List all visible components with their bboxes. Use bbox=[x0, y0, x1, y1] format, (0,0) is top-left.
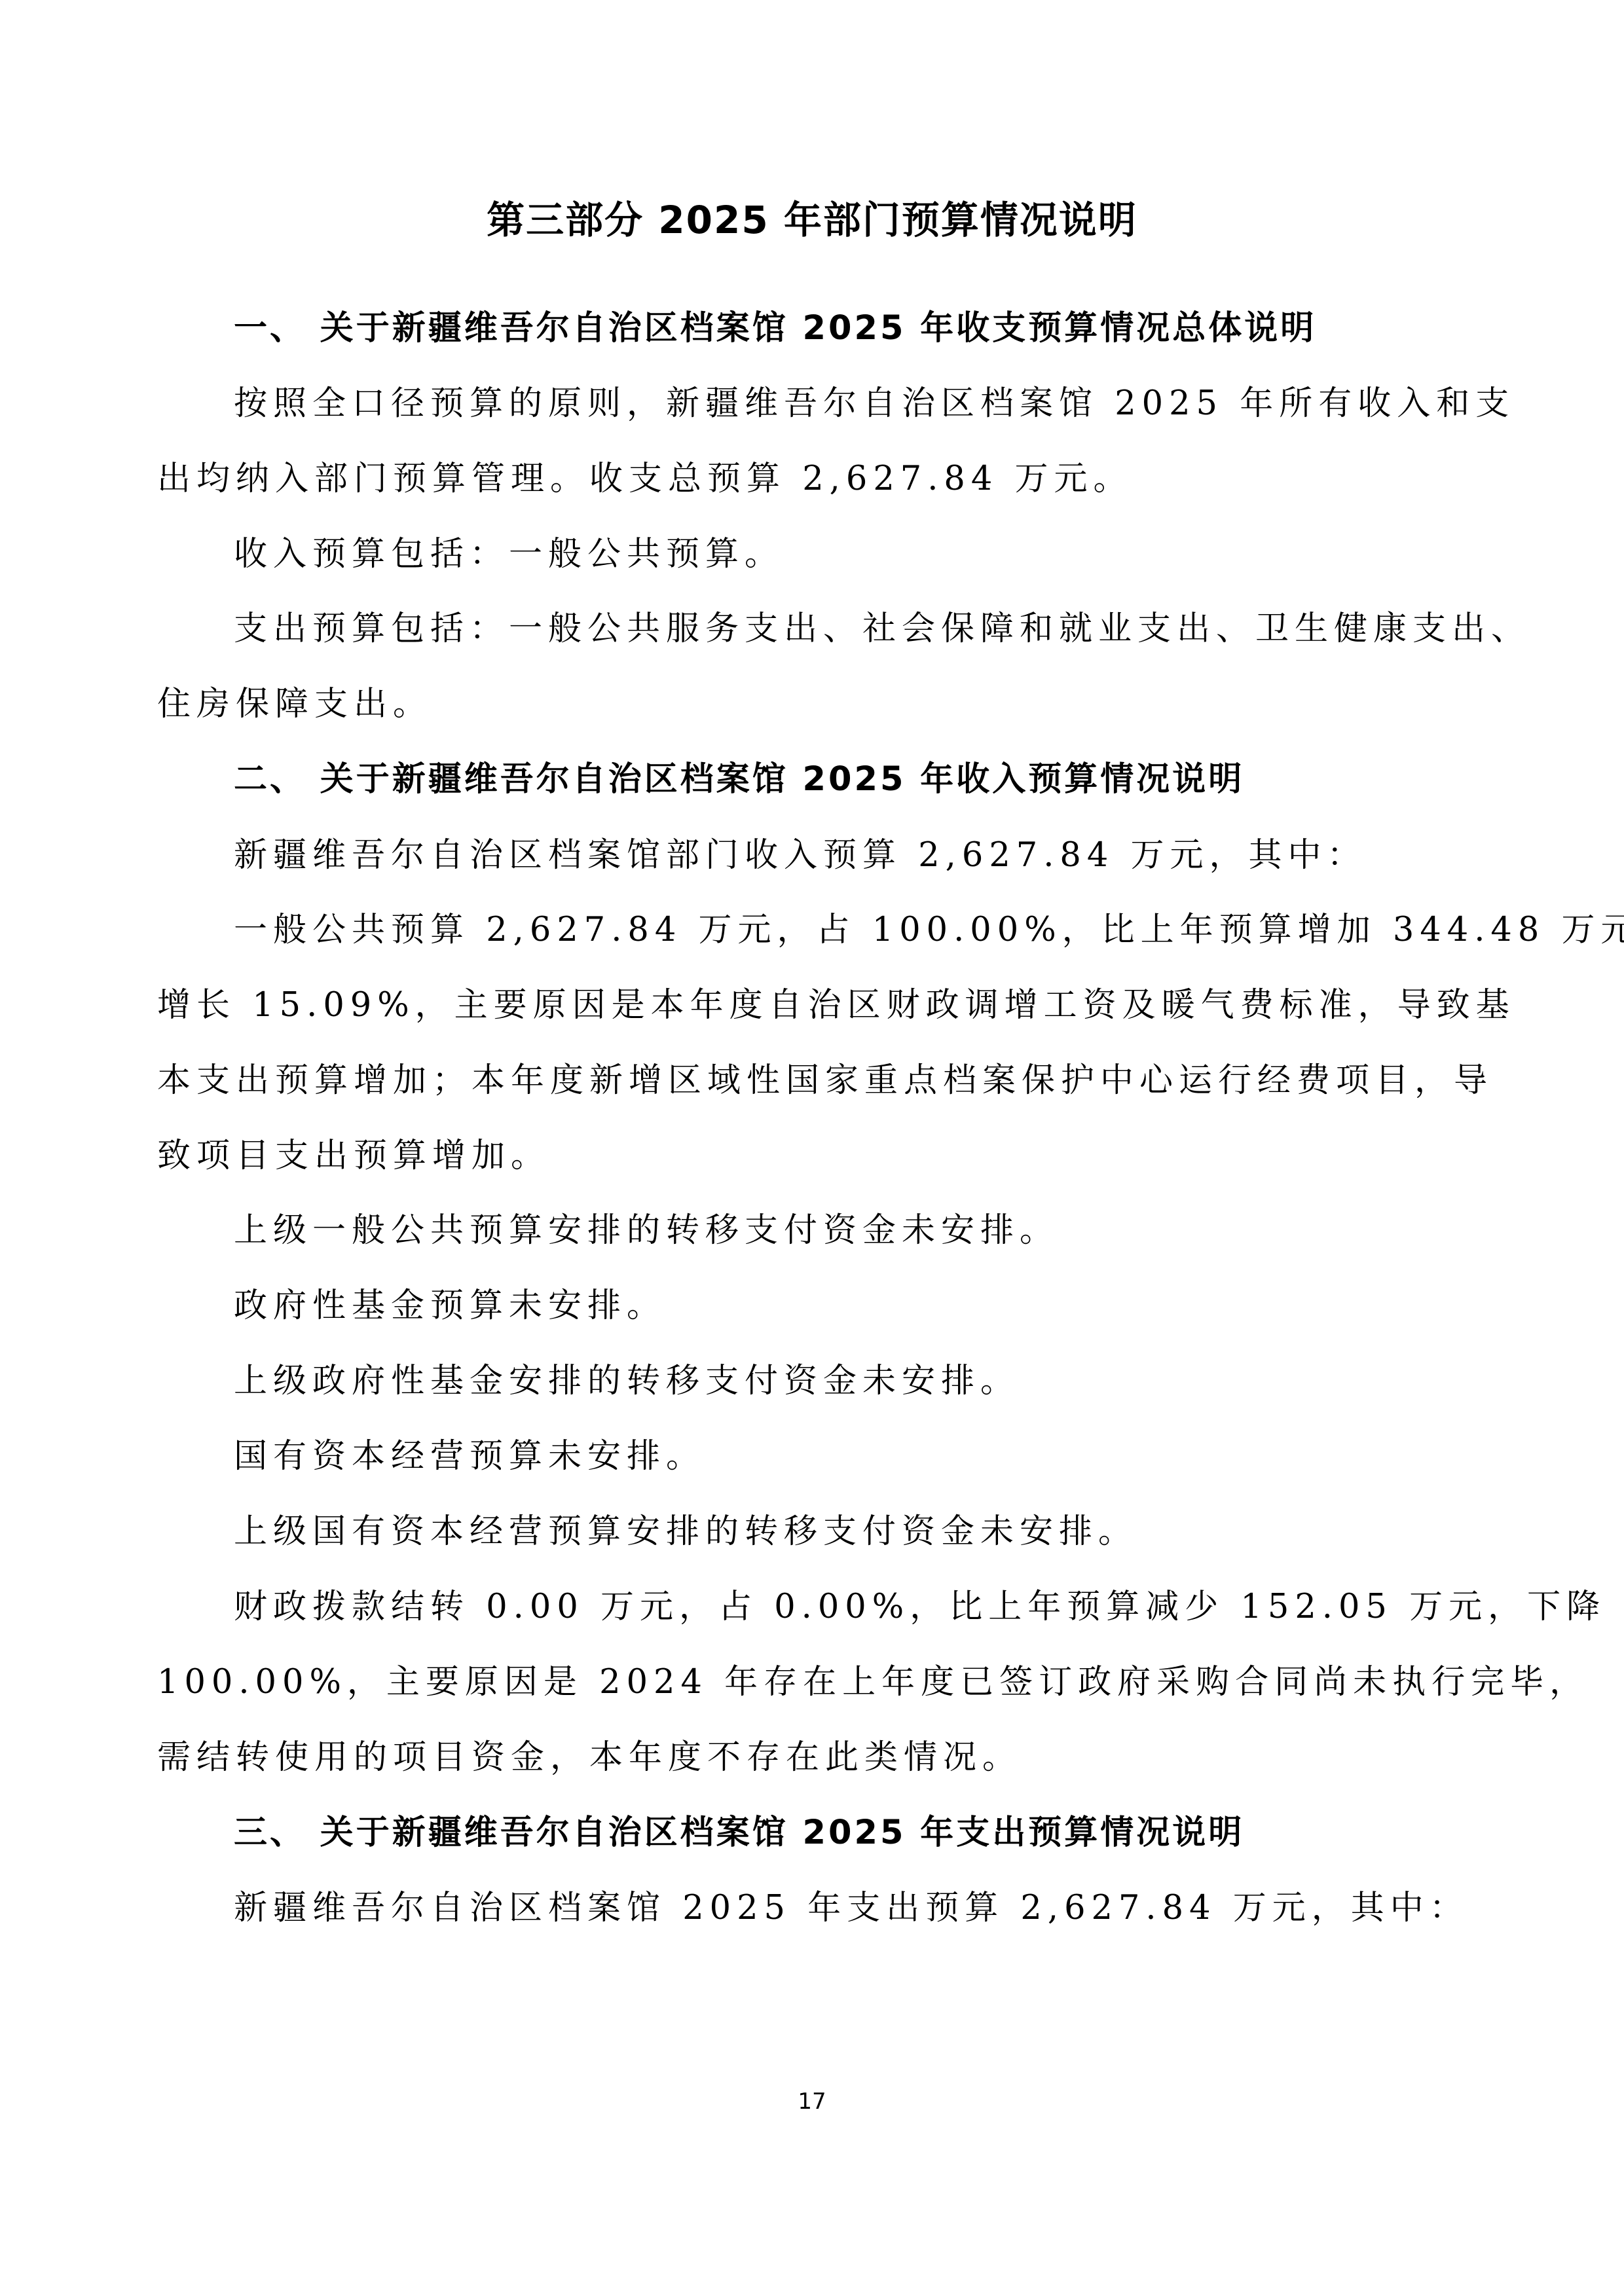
paragraph-line: 上级一般公共预算安排的转移支付资金未安排。 bbox=[234, 1208, 1454, 1254]
paragraph-line: 一般公共预算 2,627.84 万元，占 100.00%，比上年预算增加 344… bbox=[234, 907, 1454, 953]
paragraph-line: 上级国有资本经营预算安排的转移支付资金未安排。 bbox=[234, 1509, 1454, 1555]
section-heading-2: 二、 关于新疆维吾尔自治区档案馆 2025 年收入预算情况说明 bbox=[234, 757, 1454, 803]
paragraph-line: 财政拨款结转 0.00 万元，占 0.00%，比上年预算减少 152.05 万元… bbox=[234, 1584, 1454, 1630]
paragraph-line: 新疆维吾尔自治区档案馆 2025 年支出预算 2,627.84 万元，其中： bbox=[234, 1886, 1454, 1931]
page-number: 17 bbox=[0, 2087, 1624, 2116]
paragraph-line: 致项目支出预算增加。 bbox=[157, 1133, 1454, 1179]
document-page: 第三部分 2025 年部门预算情况说明 一、 关于新疆维吾尔自治区档案馆 202… bbox=[0, 0, 1624, 2296]
paragraph-line: 增长 15.09%，主要原因是本年度自治区财政调增工资及暖气费标准，导致基 bbox=[157, 983, 1454, 1029]
paragraph-line: 需结转使用的项目资金，本年度不存在此类情况。 bbox=[157, 1735, 1454, 1781]
paragraph-line: 出均纳入部门预算管理。收支总预算 2,627.84 万元。 bbox=[157, 456, 1454, 502]
paragraph-line: 按照全口径预算的原则，新疆维吾尔自治区档案馆 2025 年所有收入和支 bbox=[234, 381, 1454, 427]
paragraph-line: 新疆维吾尔自治区档案馆部门收入预算 2,627.84 万元，其中： bbox=[234, 833, 1454, 879]
paragraph-line: 本支出预算增加；本年度新增区域性国家重点档案保护中心运行经费项目，导 bbox=[157, 1058, 1454, 1104]
page-title: 第三部分 2025 年部门预算情况说明 bbox=[0, 196, 1624, 244]
paragraph-line: 国有资本经营预算未安排。 bbox=[234, 1434, 1454, 1480]
section-heading-1: 一、 关于新疆维吾尔自治区档案馆 2025 年收支预算情况总体说明 bbox=[234, 306, 1454, 352]
paragraph-line: 政府性基金预算未安排。 bbox=[234, 1283, 1454, 1329]
paragraph-line: 收入预算包括：一般公共预算。 bbox=[234, 532, 1454, 577]
section-heading-3: 三、 关于新疆维吾尔自治区档案馆 2025 年支出预算情况说明 bbox=[234, 1810, 1454, 1856]
paragraph-line: 上级政府性基金安排的转移支付资金未安排。 bbox=[234, 1358, 1454, 1404]
paragraph-line: 100.00%，主要原因是 2024 年存在上年度已签订政府采购合同尚未执行完毕… bbox=[157, 1660, 1454, 1705]
paragraph-line: 支出预算包括：一般公共服务支出、社会保障和就业支出、卫生健康支出、 bbox=[234, 606, 1454, 652]
paragraph-line: 住房保障支出。 bbox=[157, 682, 1454, 727]
